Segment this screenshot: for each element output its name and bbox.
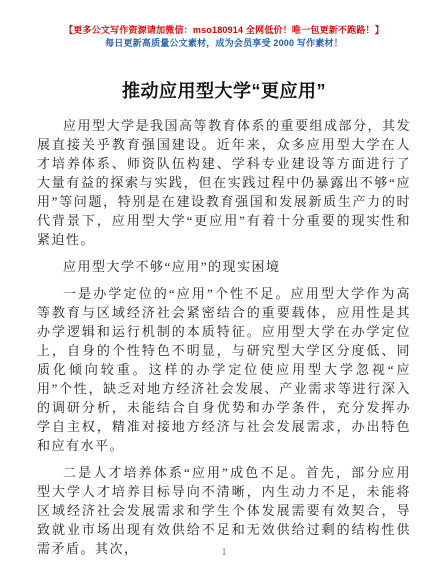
document-page: 【更多公文写作资源请加微信：mso180914 全网低价！唯一包更新不跑路！】 …: [0, 0, 448, 580]
promo-line-blue: 每日更新高质量公文素材，成为会员享受 2000 写作素材！: [37, 37, 411, 50]
section-heading-current-difficulties: 应用型大学不够“应用”的现实困境: [37, 257, 411, 276]
paragraph-point-one: 一是办学定位的“应用”个性不足。应用型大学作为高等教育与区域经济社会紧密结合的重…: [37, 284, 411, 455]
paragraph-intro: 应用型大学是我国高等教育体系的重要组成部分，其发展直接关乎教育强国建设。近年来，…: [37, 116, 411, 249]
page-number: 1: [0, 547, 448, 558]
document-body: 应用型大学是我国高等教育体系的重要组成部分，其发展直接关乎教育强国建设。近年来，…: [37, 116, 411, 558]
paragraph-point-two: 二是人才培养体系“应用”成色不足。首先，部分应用型大学人才培养目标导向不清晰，内…: [37, 463, 411, 558]
promo-line-red: 【更多公文写作资源请加微信：mso180914 全网低价！唯一包更新不跑路！】: [37, 24, 411, 37]
promo-header: 【更多公文写作资源请加微信：mso180914 全网低价！唯一包更新不跑路！】 …: [37, 24, 411, 50]
document-title: 推动应用型大学“更应用”: [37, 77, 411, 103]
